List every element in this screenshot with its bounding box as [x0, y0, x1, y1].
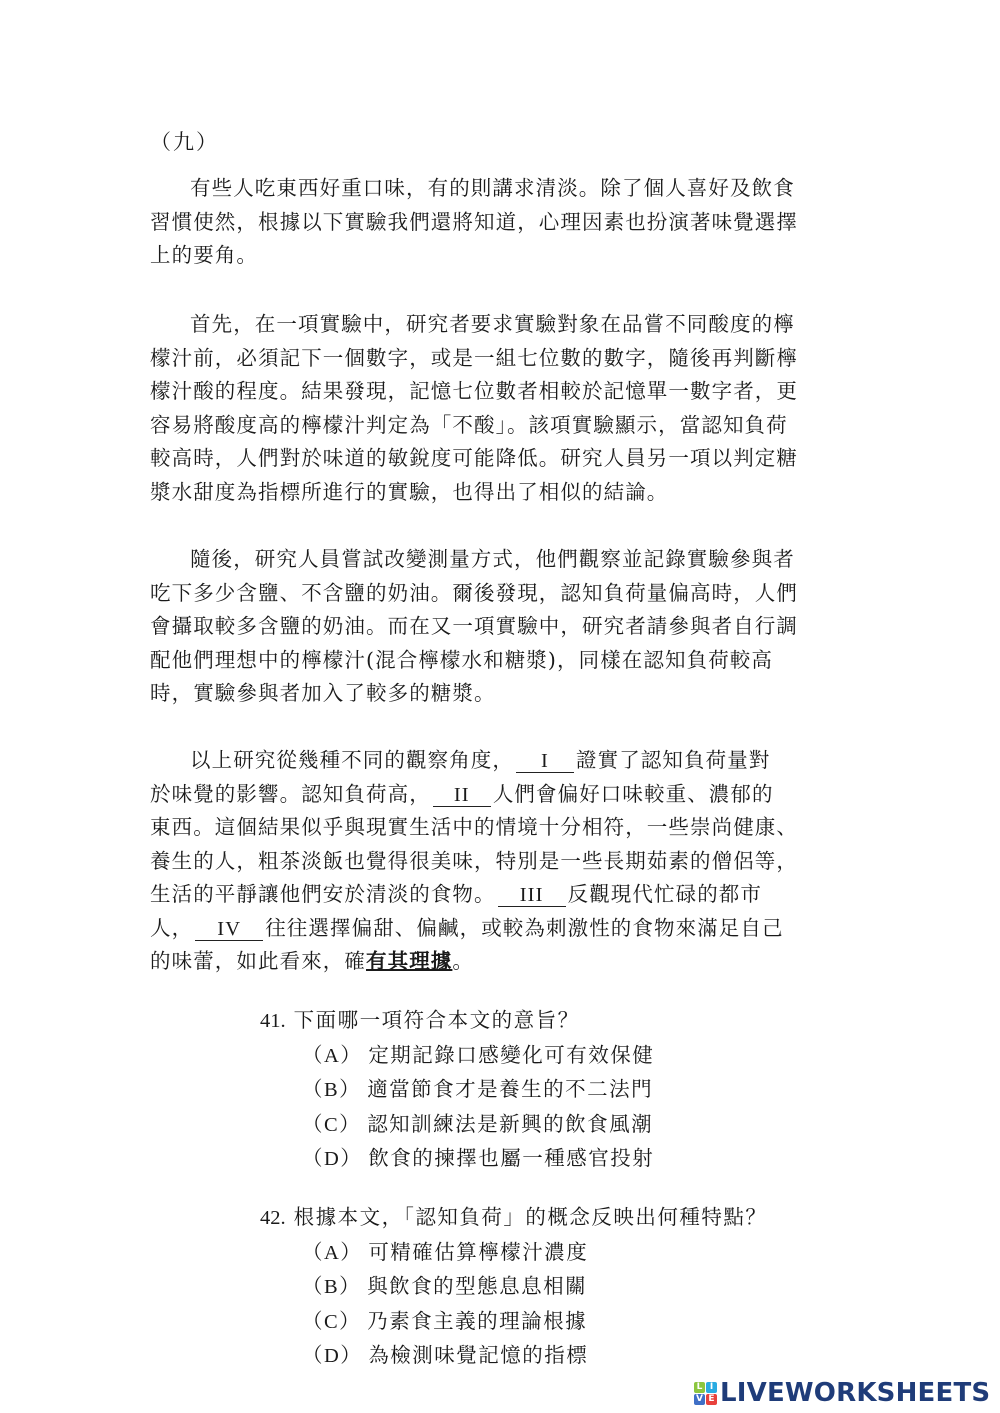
passage-line: 上的要角。: [150, 239, 852, 273]
option-letter: （C）: [302, 1311, 361, 1333]
passage-line: 時，實驗參與者加入了較多的糖漿。: [150, 677, 852, 711]
badge-letter: I: [706, 1382, 717, 1393]
passage-line: 以上研究從幾種不同的觀察角度，I證實了認知負荷量對: [150, 744, 852, 778]
option-b[interactable]: （B）適當節食才是養生的不二法門: [260, 1073, 654, 1108]
badge-letter: L: [694, 1382, 705, 1393]
option-letter: （B）: [302, 1079, 361, 1101]
option-letter: （A）: [302, 1242, 362, 1264]
question-number: 42.: [260, 1207, 286, 1229]
badge-letter: E: [706, 1394, 717, 1405]
option-d[interactable]: （D）為檢測味覺記憶的指標: [260, 1339, 767, 1374]
option-text: 適當節食才是養生的不二法門: [367, 1077, 653, 1101]
option-text: 為檢測味覺記憶的指標: [368, 1343, 588, 1367]
passage-line: 較高時，人們對於味道的敏銳度可能降低。研究人員另一項以判定糖: [150, 442, 852, 476]
text-segment: 反觀現代忙碌的都市: [568, 882, 762, 906]
text-segment: 人，: [150, 916, 193, 940]
text-segment: 往往選擇偏甜、偏鹹，或較為刺激性的食物來滿足自己: [265, 916, 783, 940]
question-text: 下面哪一項符合本文的意旨？: [294, 1008, 580, 1032]
text-segment: 人們會偏好口味較重、濃郁的: [493, 782, 774, 806]
option-letter: （D）: [302, 1345, 362, 1367]
passage-line: 的味蕾，如此看來，確有其理據。: [150, 945, 852, 979]
text-segment: 。: [452, 949, 474, 973]
blank-iii[interactable]: III: [498, 884, 566, 907]
passage-line: 配他們理想中的檸檬汁(混合檸檬水和糖漿)，同樣在認知負荷較高: [150, 644, 852, 678]
passage-line: 養生的人，粗茶淡飯也覺得很美味，特別是一些長期茹素的僧侶等，: [150, 845, 852, 879]
option-text: 認知訓練法是新興的飲食風潮: [367, 1112, 653, 1136]
blank-iv[interactable]: IV: [195, 918, 263, 941]
live-badge-icon: L I V E: [694, 1382, 717, 1405]
option-c[interactable]: （C）認知訓練法是新興的飲食風潮: [260, 1108, 654, 1143]
question-42: 42.根據本文，「認知負荷」的概念反映出何種特點？ （A）可精確估算檸檬汁濃度 …: [260, 1201, 767, 1374]
passage-line: 東西。這個結果似乎與現實生活中的情境十分相符，一些崇尚健康、: [150, 811, 852, 845]
option-letter: （C）: [302, 1114, 361, 1136]
option-text: 與飲食的型態息息相關: [367, 1274, 587, 1298]
passage-line: 生活的平靜讓他們安於清淡的食物。III反觀現代忙碌的都市: [150, 878, 852, 912]
emphasized-term: 有其理據: [366, 949, 452, 973]
passage-line: 首先，在一項實驗中，研究者要求實驗對象在品嘗不同酸度的檸: [150, 308, 852, 342]
question-41: 41.下面哪一項符合本文的意旨？ （A）定期記錄口感變化可有效保健 （B）適當節…: [260, 1004, 654, 1177]
option-letter: （D）: [302, 1148, 362, 1170]
text-segment: 以上研究從幾種不同的觀察角度，: [190, 748, 514, 772]
logo-text: LIVEWORKSHEETS: [720, 1378, 990, 1408]
passage-paragraph-2: 首先，在一項實驗中，研究者要求實驗對象在品嘗不同酸度的檸 檬汁前，必須記下一個數…: [150, 308, 852, 509]
text-segment: 的味蕾，如此看來，確: [150, 949, 366, 973]
text-segment: 於味覺的影響。認知負荷高，: [150, 782, 431, 806]
option-text: 乃素食主義的理論根據: [367, 1309, 587, 1333]
option-text: 可精確估算檸檬汁濃度: [368, 1240, 588, 1264]
blank-i[interactable]: I: [516, 750, 574, 773]
passage-line: 於味覺的影響。認知負荷高，II人們會偏好口味較重、濃郁的: [150, 778, 852, 812]
passage-line: 習慣使然，根據以下實驗我們還將知道，心理因素也扮演著味覺選擇: [150, 206, 852, 240]
passage-line: 隨後，研究人員嘗試改變測量方式，他們觀察並記錄實驗參與者: [150, 543, 852, 577]
text-segment: 證實了認知負荷量對: [576, 748, 770, 772]
passage-line: 吃下多少含鹽、不含鹽的奶油。爾後發現，認知負荷量偏高時，人們: [150, 577, 852, 611]
option-text: 定期記錄口感變化可有效保健: [368, 1043, 654, 1067]
option-c[interactable]: （C）乃素食主義的理論根據: [260, 1305, 767, 1340]
passage-line: 人，IV往往選擇偏甜、偏鹹，或較為刺激性的食物來滿足自己: [150, 912, 852, 946]
passage-paragraph-4: 以上研究從幾種不同的觀察角度，I證實了認知負荷量對 於味覺的影響。認知負荷高，I…: [150, 744, 852, 979]
liveworksheets-logo: L I V E LIVEWORKSHEETS: [694, 1378, 990, 1408]
badge-letter: V: [694, 1394, 705, 1405]
passage-paragraph-1: 有些人吃東西好重口味，有的則講求清淡。除了個人喜好及飲食 習慣使然，根據以下實驗…: [150, 172, 852, 273]
blank-ii[interactable]: II: [433, 784, 491, 807]
question-stem: 42.根據本文，「認知負荷」的概念反映出何種特點？: [260, 1201, 767, 1236]
question-number: 41.: [260, 1010, 286, 1032]
question-stem: 41.下面哪一項符合本文的意旨？: [260, 1004, 654, 1039]
question-text: 根據本文，「認知負荷」的概念反映出何種特點？: [294, 1205, 768, 1229]
option-d[interactable]: （D）飲食的揀擇也屬一種感官投射: [260, 1142, 654, 1177]
passage-paragraph-3: 隨後，研究人員嘗試改變測量方式，他們觀察並記錄實驗參與者 吃下多少含鹽、不含鹽的…: [150, 543, 852, 711]
option-a[interactable]: （A）定期記錄口感變化可有效保健: [260, 1039, 654, 1074]
passage-line: 檬汁酸的程度。結果發現，記憶七位數者相較於記憶單一數字者，更: [150, 375, 852, 409]
passage-line: 會攝取較多含鹽的奶油。而在又一項實驗中，研究者請參與者自行調: [150, 610, 852, 644]
passage-line: 檬汁前，必須記下一個數字，或是一組七位數的數字，隨後再判斷檸: [150, 342, 852, 376]
passage-line: 容易將酸度高的檸檬汁判定為「不酸」。該項實驗顯示，當認知負荷: [150, 409, 852, 443]
option-text: 飲食的揀擇也屬一種感官投射: [368, 1146, 654, 1170]
option-a[interactable]: （A）可精確估算檸檬汁濃度: [260, 1236, 767, 1271]
passage-line: 漿水甜度為指標所進行的實驗，也得出了相似的結論。: [150, 476, 852, 510]
passage-line: 有些人吃東西好重口味，有的則講求清淡。除了個人喜好及飲食: [150, 172, 852, 206]
worksheet-page: （九） 有些人吃東西好重口味，有的則講求清淡。除了個人喜好及飲食 習慣使然，根據…: [0, 0, 1000, 1413]
text-segment: 生活的平靜讓他們安於清淡的食物。: [150, 882, 496, 906]
option-letter: （A）: [302, 1045, 362, 1067]
option-letter: （B）: [302, 1276, 361, 1298]
section-label: （九）: [150, 126, 219, 156]
option-b[interactable]: （B）與飲食的型態息息相關: [260, 1270, 767, 1305]
